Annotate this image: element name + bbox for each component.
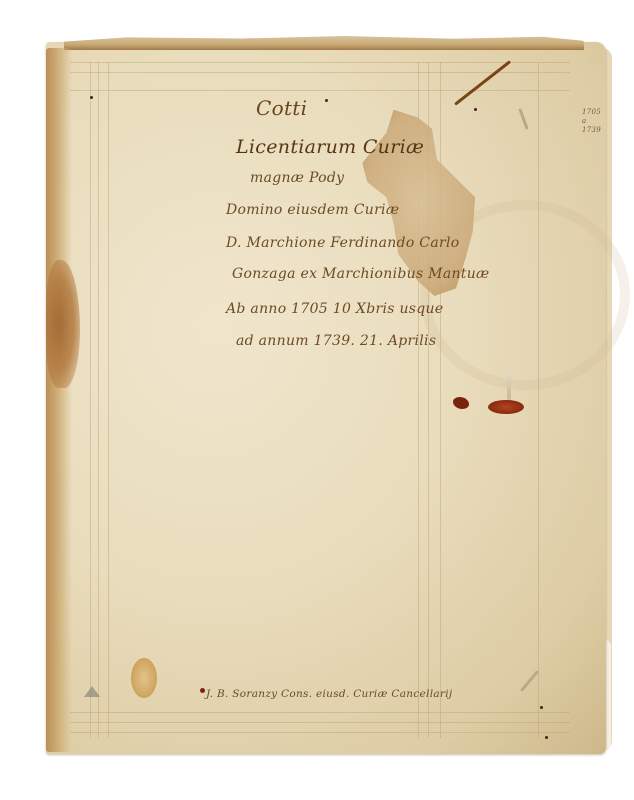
ink-dot [90,96,93,99]
inscription-title: Cotti [256,96,307,120]
wax-seal-fragment-small [453,397,469,409]
ink-dot [540,706,543,709]
ink-dot [325,99,328,102]
inscription-line-6: Ab anno 1705 10 Xbris usque [226,301,443,317]
inscription-line-1: Licentiarum Curiæ [236,136,424,158]
inscription-line-4: D. Marchione Ferdinando Carlo [226,235,459,251]
fore-edge-note: 1705 a 1739 [582,108,598,135]
ruled-line-bottom [70,712,570,713]
triangle-mark [84,686,100,697]
ruled-line-top [70,62,570,63]
seal-string [507,370,511,400]
ruled-line-left-inner [98,62,99,738]
photo-scene: Cotti Licentiarum Curiæ magnæ Pody Domin… [0,0,634,800]
inscription-line-3: Domino eiusdem Curiæ [226,202,399,218]
inscription-line-7: ad annum 1739. 21. Aprilis [236,333,436,349]
oval-stain [131,658,157,698]
footer-signature: J. B. Soranzy Cons. eiusd. Curiæ Cancell… [206,688,452,700]
wax-seal-fragment-large [488,400,524,414]
inscription-line-1-text: Licentiarum Curiæ [236,136,424,158]
ruled-line-far-right [538,62,539,738]
ink-dot [200,688,205,693]
inscription-line-2: magnæ Pody [250,170,344,186]
ink-dot [545,736,548,739]
spine-edge [46,48,72,752]
ruled-line-left-third [108,62,109,738]
ruled-line-bottom-inner [70,722,570,723]
cover-top-edge [64,36,584,50]
ink-dot [474,108,477,111]
inscription-line-5: Gonzaga ex Marchionibus Mantuæ [232,266,490,282]
ruled-line-bottom-outer [70,732,570,733]
ruled-line-left-outer [90,62,91,738]
ruled-line-top-third [70,90,570,91]
